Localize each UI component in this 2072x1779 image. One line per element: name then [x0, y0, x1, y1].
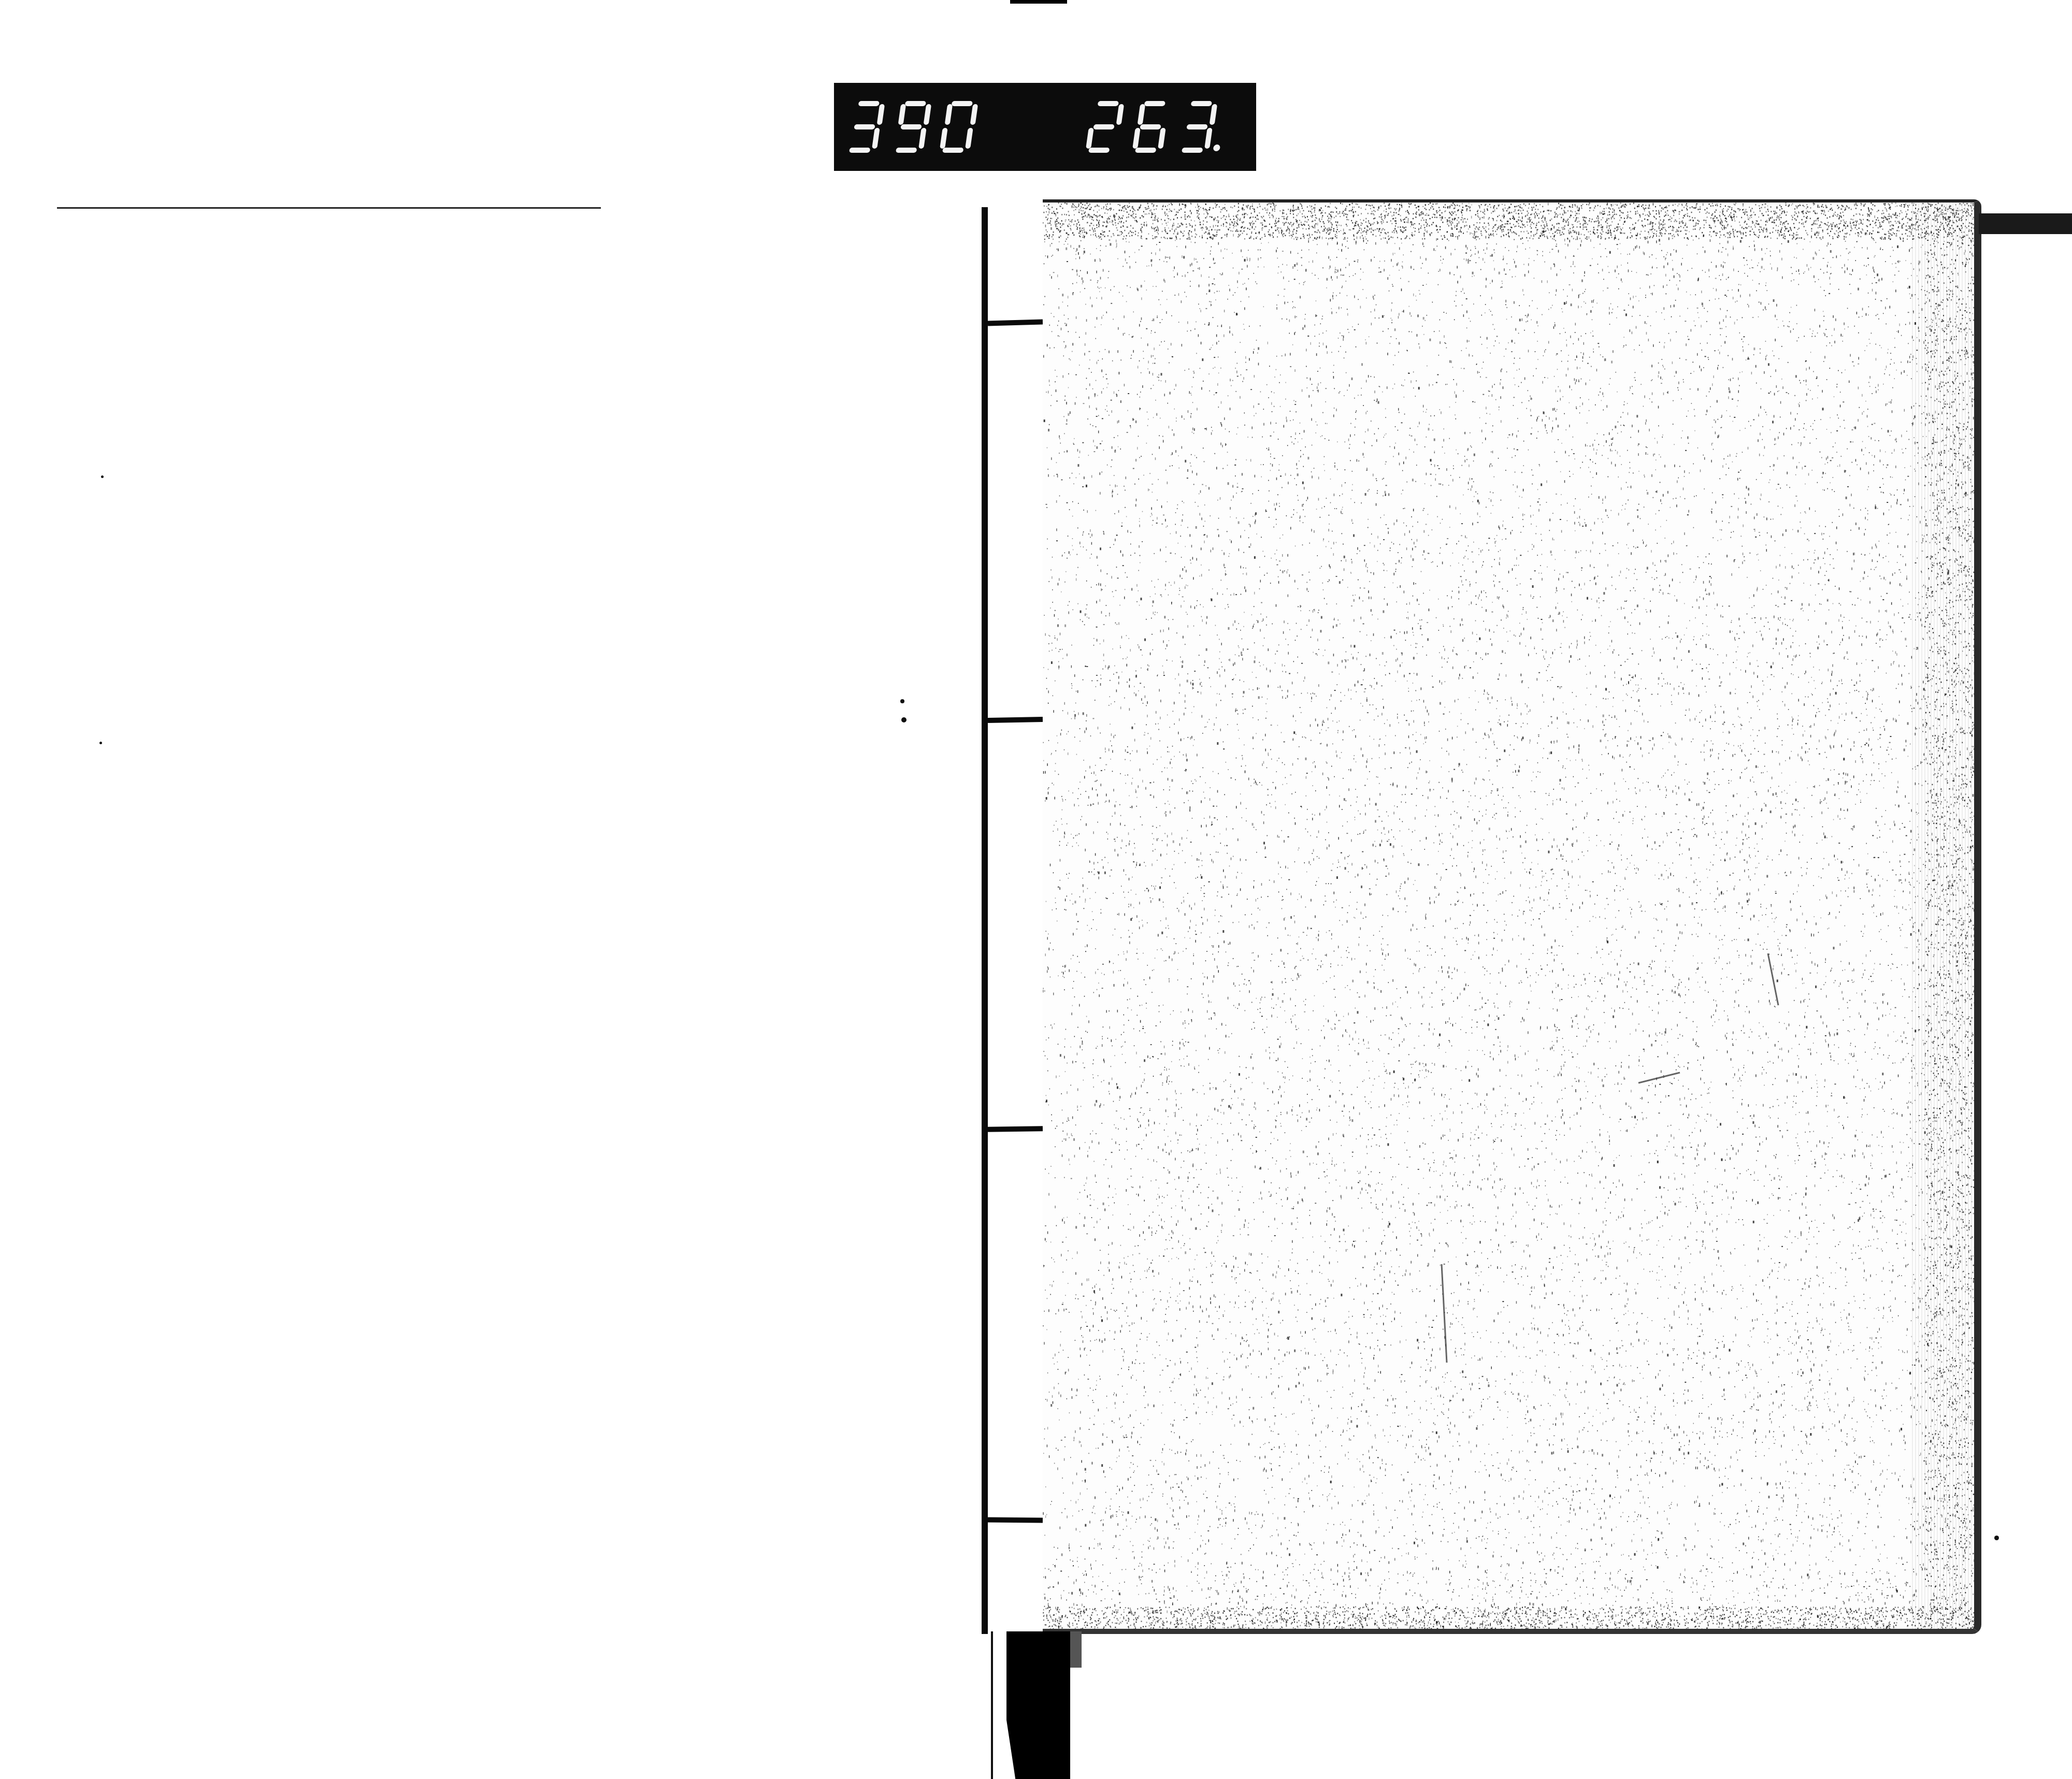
- digit-segment: [918, 128, 927, 149]
- book: [982, 199, 1984, 1634]
- digit-segment: [1098, 101, 1119, 106]
- digit-segment: [1132, 128, 1141, 149]
- digit-segment: [940, 128, 948, 149]
- digit-segment: [1088, 148, 1110, 153]
- spine-stitch-2: [988, 717, 1043, 723]
- digit-segment: [900, 124, 922, 129]
- digit-segment: [905, 101, 926, 106]
- bottom-tab-shadow: [1070, 1631, 1082, 1668]
- bottom-tab-edge: [991, 1631, 993, 1779]
- decimal-point: [1213, 144, 1220, 151]
- spine-stitch-3: [988, 1126, 1043, 1132]
- counter-group-left: [850, 101, 975, 153]
- counter-digit: [846, 101, 885, 153]
- digit-segment: [1116, 104, 1125, 125]
- speck: [99, 742, 102, 744]
- digit-segment: [952, 101, 973, 106]
- counter-group-right: [1089, 101, 1214, 153]
- counter-digit: [893, 101, 932, 153]
- book-cover: [1043, 199, 1981, 1634]
- digit-segment: [858, 101, 880, 106]
- digit-segment: [854, 124, 875, 129]
- spine-stitch-4: [988, 1517, 1043, 1523]
- book-spine: [982, 207, 1048, 1634]
- cover-edge-shade: [1912, 203, 1974, 1629]
- left-page-rule: [57, 207, 601, 209]
- digit-segment: [924, 104, 932, 125]
- speck: [1994, 1536, 1999, 1540]
- digit-segment: [1144, 101, 1165, 106]
- digit-segment: [1138, 104, 1146, 125]
- right-edge-bar: [1979, 213, 2072, 234]
- digit-segment: [1191, 101, 1212, 106]
- bottom-bookmark-tab: [1006, 1631, 1070, 1779]
- speck: [900, 699, 904, 703]
- speck: [901, 717, 906, 722]
- digit-segment: [1158, 128, 1166, 149]
- counter-digit: [1178, 101, 1218, 153]
- digit-segment: [1135, 148, 1156, 153]
- digit-segment: [1182, 148, 1203, 153]
- frame-counter-display: [834, 83, 1256, 171]
- digit-segment: [872, 128, 880, 149]
- digit-segment: [945, 104, 953, 125]
- counter-digit: [1085, 101, 1125, 153]
- digit-segment: [970, 104, 979, 125]
- digit-segment: [877, 104, 885, 125]
- counter-digit: [1132, 101, 1171, 153]
- digit-segment: [1204, 128, 1213, 149]
- digit-segment: [1140, 124, 1161, 129]
- digit-segment: [1186, 124, 1207, 129]
- digit-segment: [896, 148, 917, 153]
- digit-segment: [849, 148, 870, 153]
- counter-digit: [939, 101, 979, 153]
- top-edge-tab: [1010, 0, 1067, 4]
- digit-segment: [942, 148, 963, 153]
- cover-texture: [1043, 203, 1981, 1634]
- digit-segment: [1093, 124, 1114, 129]
- digit-segment: [1086, 128, 1094, 149]
- digit-segment: [1210, 104, 1218, 125]
- spine-stitch-1: [988, 320, 1043, 326]
- speck: [101, 475, 104, 478]
- digit-segment: [965, 128, 973, 149]
- digit-segment: [898, 104, 906, 125]
